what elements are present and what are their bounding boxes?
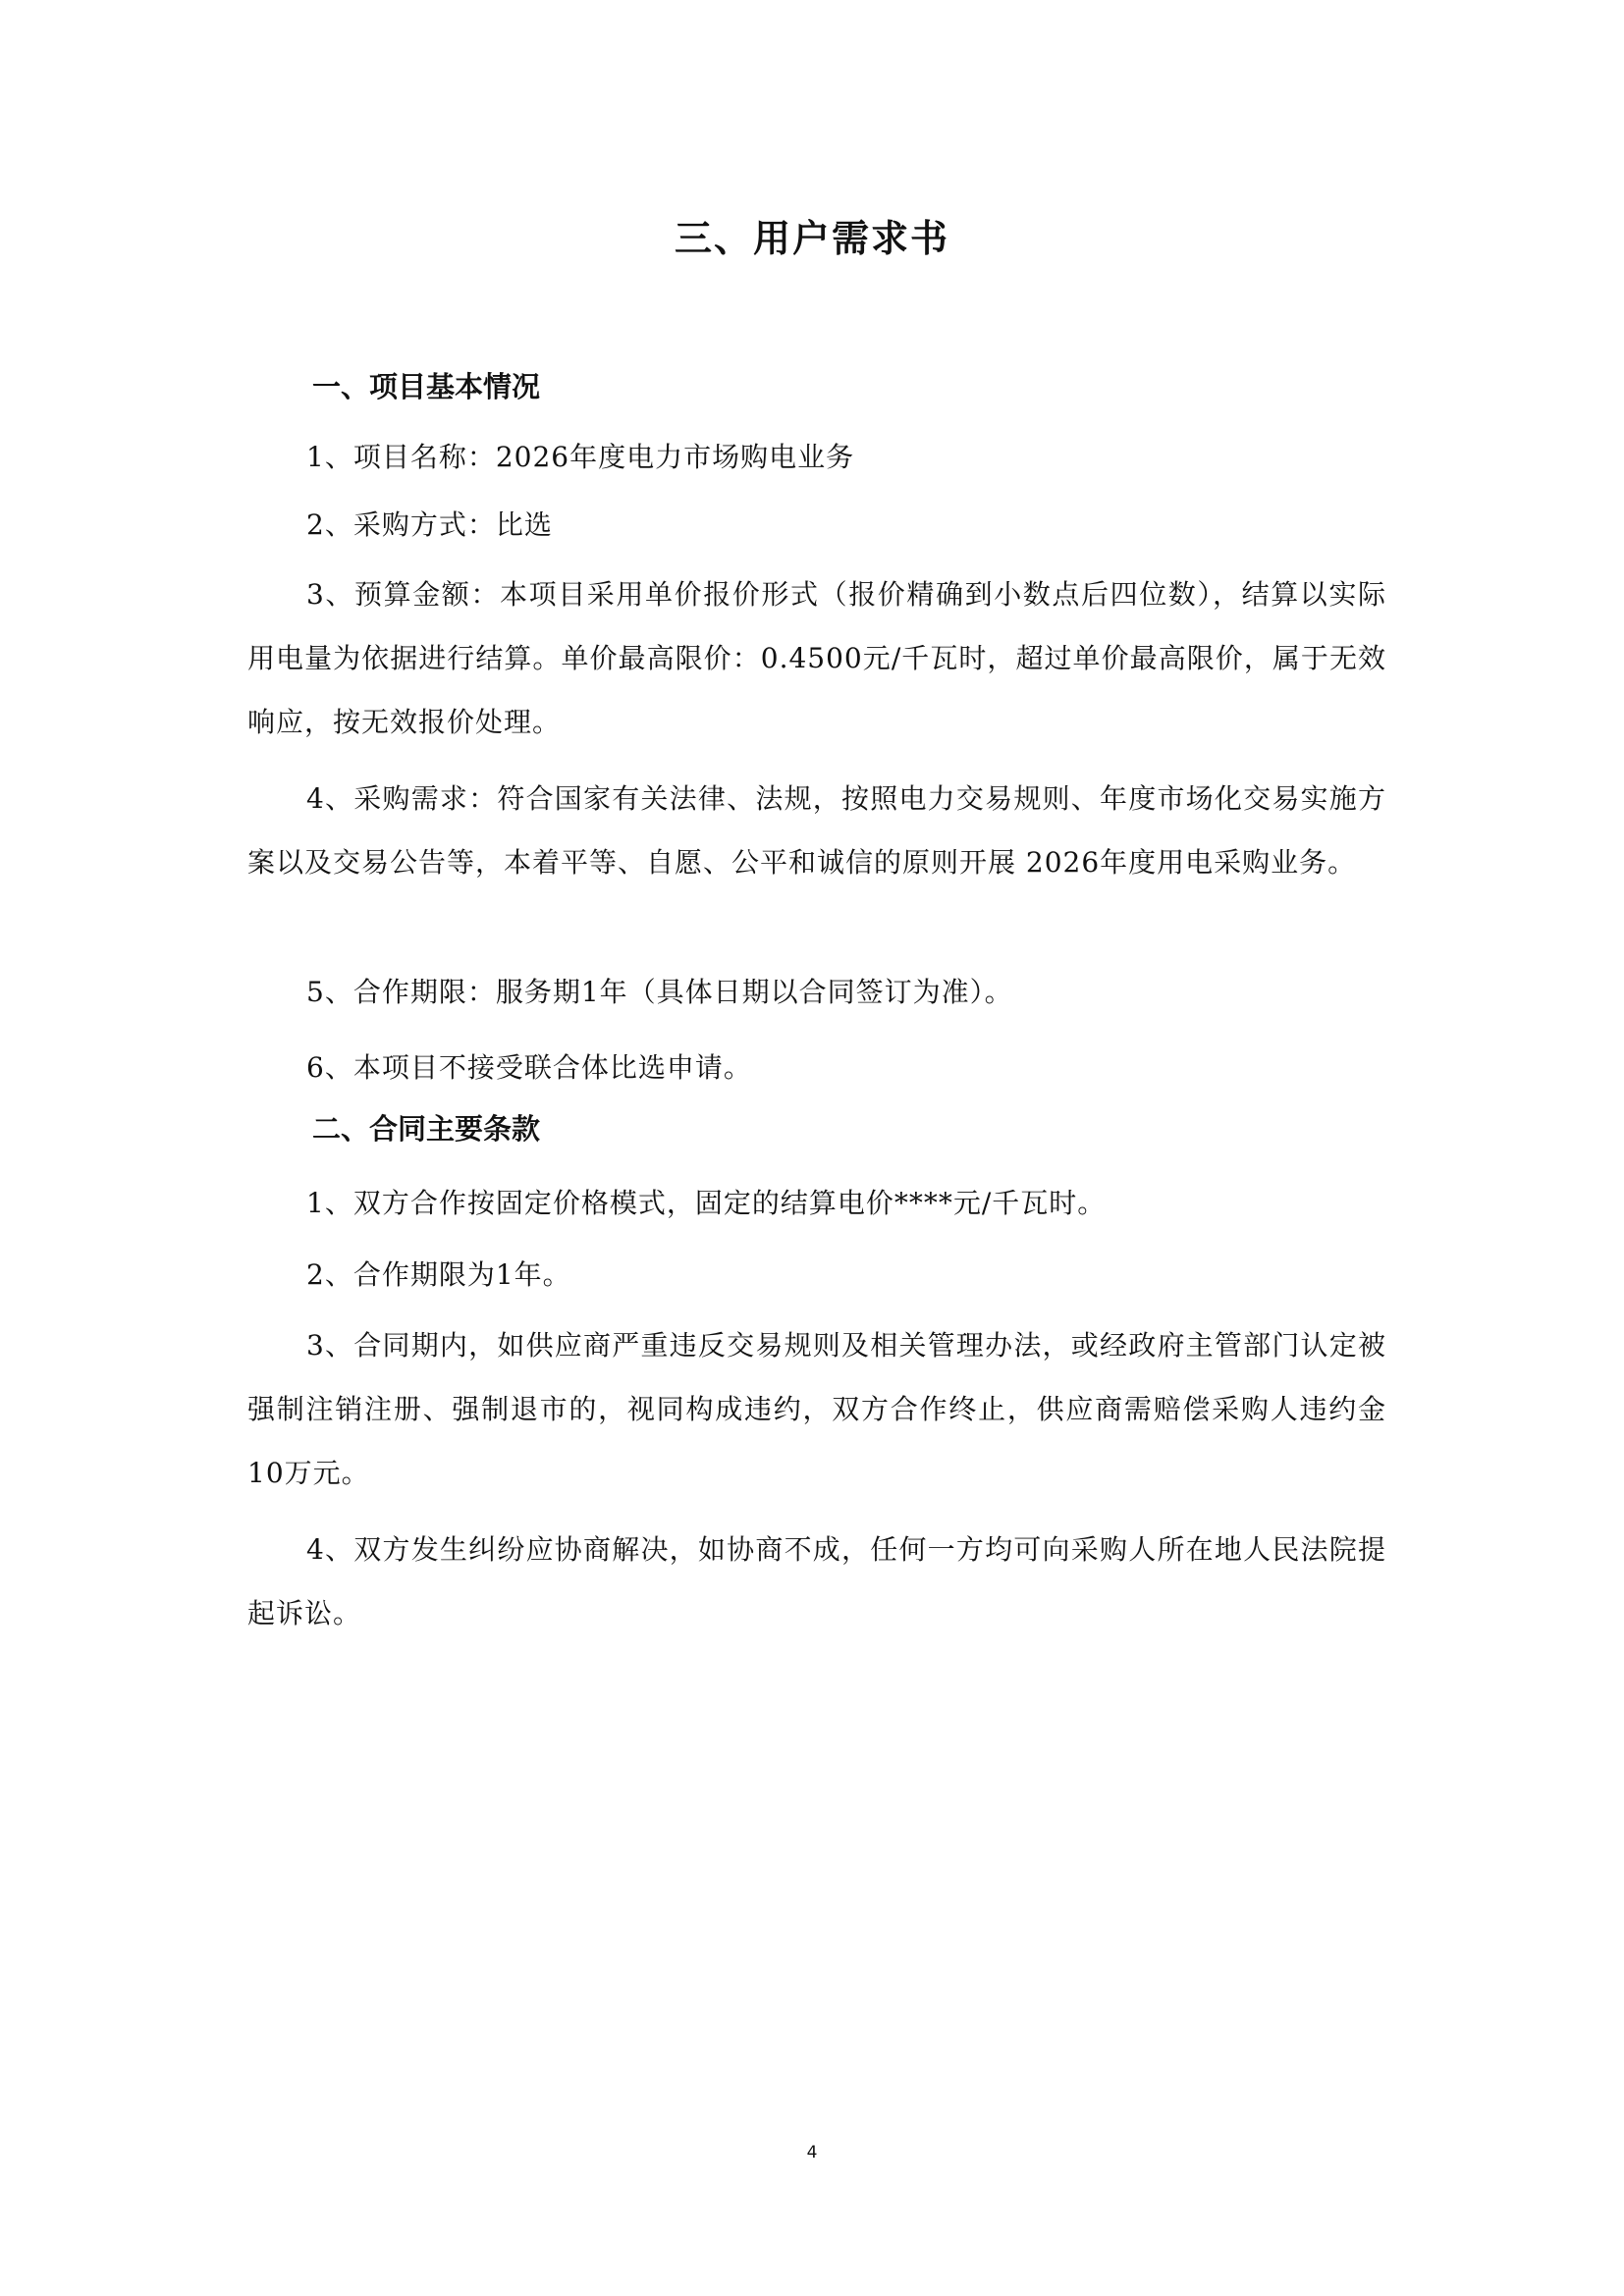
paragraph-fixed-price: 1、双方合作按固定价格模式，固定的结算电价****元/千瓦时。 [247,1171,1386,1235]
document-page: 三、用户需求书 一、项目基本情况 1、项目名称：2026年度电力市场购电业务 2… [0,0,1624,2296]
page-title: 三、用户需求书 [0,208,1624,262]
paragraph-dispute: 4、双方发生纠纷应协商解决，如协商不成，任何一方均可向采购人所在地人民法院提起诉… [247,1518,1386,1645]
section-heading-project-info: 一、项目基本情况 [312,365,540,405]
paragraph-requirements: 4、采购需求：符合国家有关法律、法规，按照电力交易规则、年度市场化交易实施方案以… [247,767,1386,894]
paragraph-budget: 3、预算金额：本项目采用单价报价形式（报价精确到小数点后四位数），结算以实际用电… [247,562,1386,754]
section-heading-contract-terms: 二、合同主要条款 [312,1107,540,1148]
paragraph-breach: 3、合同期内，如供应商严重违反交易规则及相关管理办法，或经政府主管部门认定被强制… [247,1313,1386,1505]
paragraph-procurement-method: 2、采购方式：比选 [247,493,1386,557]
paragraph-cooperation-period: 5、合作期限：服务期1年（具体日期以合同签订为准）。 [247,960,1386,1024]
paragraph-project-name: 1、项目名称：2026年度电力市场购电业务 [247,425,1386,489]
paragraph-term: 2、合作期限为1年。 [247,1243,1386,1307]
paragraph-no-consortium: 6、本项目不接受联合体比选申请。 [247,1036,1386,1099]
page-number: 4 [0,2143,1624,2163]
